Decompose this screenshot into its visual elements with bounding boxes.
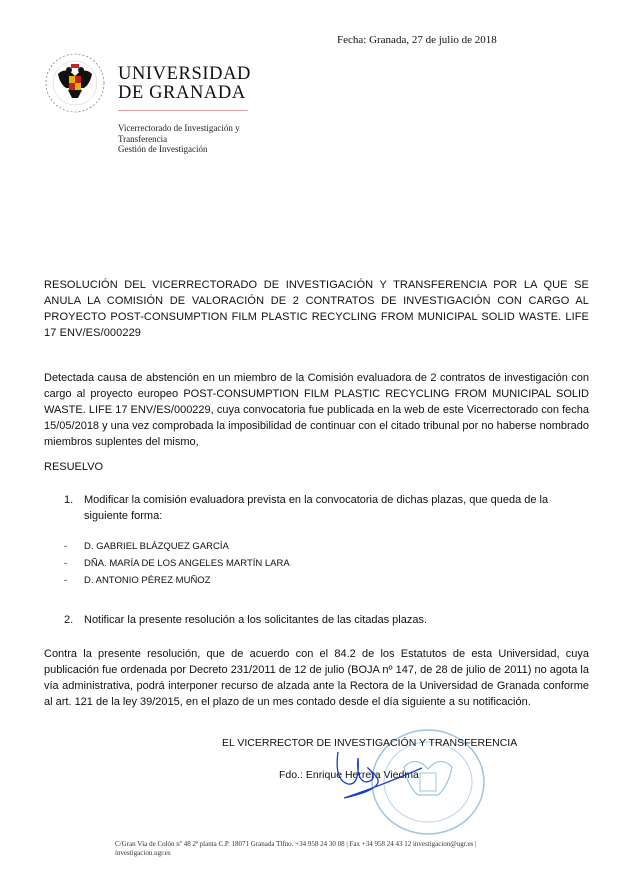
resolution-item-1: 1. Modificar la comisión evaluadora prev… [64,492,589,524]
list-item: -D. GABRIEL BLÁZQUEZ GARCÍA [64,538,290,555]
university-seal-icon [44,52,106,114]
list-item: -DÑA. MARÍA DE LOS ANGELES MARTÍN LARA [64,555,290,572]
resuelvo-heading: RESUELVO [44,461,103,473]
document-page: Fecha: Granada, 27 de julio de 2018 UNIV… [0,0,630,891]
footer-contact: C/Gran Vía de Colón nº 48 2ª planta C.P.… [115,840,575,858]
paragraph-detection: Detectada causa de abstención en un miem… [44,370,589,450]
resolution-item-2: 2. Notificar la presente resolución a lo… [64,614,427,626]
committee-members-list: -D. GABRIEL BLÁZQUEZ GARCÍA -DÑA. MARÍA … [64,538,290,589]
item-number: 1. [64,492,73,508]
item-number: 2. [64,614,73,626]
signer-title: EL VICERRECTOR DE INVESTIGACIÓN Y TRANSF… [222,737,517,749]
item-text: Notificar la presente resolución a los s… [84,614,427,626]
list-item: -D. ANTONIO PÉREZ MUÑOZ [64,572,290,589]
office-name: Vicerrectorado de Investigación y Transf… [118,123,240,155]
resolution-title: RESOLUCIÓN DEL VICERRECTORADO DE INVESTI… [44,277,589,341]
header-divider [118,110,248,111]
paragraph-appeal: Contra la presente resolución, que de ac… [44,646,589,710]
document-date: Fecha: Granada, 27 de julio de 2018 [337,34,497,46]
university-name: UNIVERSIDAD DE GRANADA [118,65,251,103]
item-text: Modificar la comisión evaluadora previst… [84,492,589,524]
handwritten-signature-icon [330,750,440,800]
